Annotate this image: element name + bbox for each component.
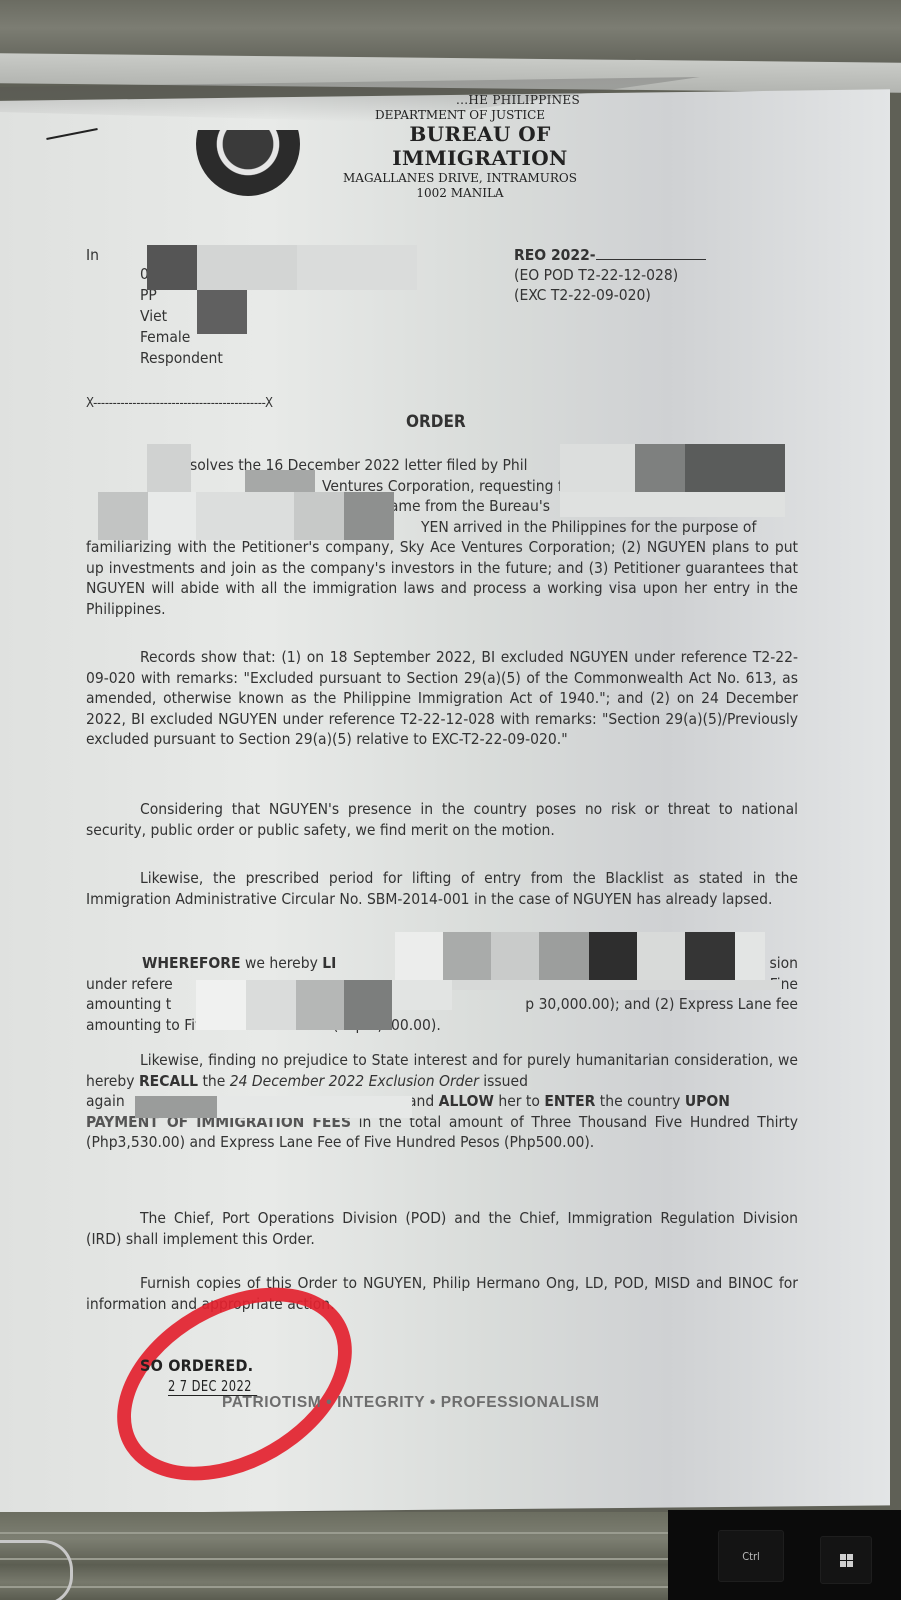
paragraph-implement: The Chief, Port Operations Division (POD… <box>86 1208 798 1249</box>
redaction-block <box>135 1096 217 1118</box>
redaction-block <box>148 492 196 540</box>
redaction-block <box>685 932 735 980</box>
redaction-block <box>735 932 765 980</box>
paragraph-text: Likewise, the prescribed period for lift… <box>86 869 798 908</box>
paragraph-text: amounting to Five Thousand Pesos (Php 5,… <box>86 1015 798 1036</box>
reo-number: REO 2022- <box>514 246 596 264</box>
redaction-block <box>344 980 392 1030</box>
redaction-block <box>392 980 452 1010</box>
paragraph-considering: Considering that NGUYEN's presence in th… <box>86 799 798 840</box>
redaction-block <box>539 932 589 980</box>
redaction-block <box>443 932 491 980</box>
redaction-block <box>197 290 247 334</box>
paragraph-text: p 30,000.00); and (2) Express Lane fee <box>525 994 798 1015</box>
letterhead-bureau: BUREAU OF IMMIGRATION <box>330 122 630 170</box>
motto-footer: PATRIOTISM • INTEGRITY • PROFESSIONALISM <box>222 1394 600 1412</box>
paragraph-text: again <box>86 1092 125 1110</box>
paragraph-blacklist: Likewise, the prescribed period for lift… <box>86 868 798 909</box>
paragraph-text: amounting t <box>86 995 171 1013</box>
caption-separator: X---------------------------------------… <box>86 396 273 411</box>
so-ordered-stamp: SO ORDERED. 2 7 DEC 2022 <box>140 1356 273 1396</box>
lift-label: LI <box>322 954 336 972</box>
letterhead-country: ...HE PHILIPPINES <box>330 93 630 107</box>
wherefore-label: WHEREFORE <box>142 954 241 972</box>
letterhead: ...HE PHILIPPINES DEPARTMENT OF JUSTICE … <box>330 93 630 201</box>
redaction-block <box>491 932 539 980</box>
paragraph-text: and <box>408 1092 439 1110</box>
paragraph-records: Records show that: (1) on 18 September 2… <box>86 647 798 750</box>
upon-label: UPON <box>685 1092 730 1110</box>
redaction-block <box>147 245 197 290</box>
paragraph-furnish: Furnish copies of this Order to NGUYEN, … <box>86 1273 798 1314</box>
redaction-block <box>197 245 297 290</box>
redaction-block <box>395 932 443 980</box>
letterhead-address: MAGALLANES DRIVE, INTRAMUROS <box>330 170 630 186</box>
paragraph-text: sion <box>769 953 798 974</box>
paragraph-text: the <box>198 1072 230 1090</box>
order-title: ORDER <box>406 412 466 432</box>
binder-clip-icon <box>0 1540 73 1600</box>
allow-label: ALLOW <box>439 1092 494 1110</box>
redaction-block <box>98 492 148 540</box>
paragraph-text: we hereby <box>241 954 323 972</box>
enter-label: ENTER <box>544 1092 595 1110</box>
letterhead-city: 1002 MANILA <box>330 186 630 201</box>
redaction-block <box>296 980 344 1030</box>
redaction-block <box>685 444 785 492</box>
ctrl-key: Ctrl <box>718 1530 784 1582</box>
exclusion-order-ref: 24 December 2022 Exclusion Order <box>230 1072 479 1090</box>
redaction-block <box>297 245 417 290</box>
paragraph-text: Considering that NGUYEN's presence in th… <box>86 800 798 839</box>
eo-reference: (EO POD T2-22-12-028) <box>514 265 706 285</box>
redaction-block <box>294 492 344 540</box>
respondent-line: Respondent <box>140 348 223 369</box>
reo-blank <box>596 245 706 260</box>
stamp-title: SO ORDERED. <box>140 1356 273 1375</box>
windows-key <box>820 1536 872 1584</box>
paragraph-text: under refere <box>86 975 173 993</box>
redaction-block <box>560 492 785 517</box>
redaction-block <box>452 980 782 990</box>
redaction-block <box>637 932 685 980</box>
paragraph-text: issued <box>479 1072 528 1090</box>
paragraph-text: the country <box>595 1092 685 1110</box>
caption-in-label: In <box>86 245 99 266</box>
redaction-block <box>245 470 315 492</box>
keyboard: Ctrl <box>668 1510 901 1600</box>
redaction-block <box>147 444 191 492</box>
redaction-block <box>196 980 246 1030</box>
letterhead-department: DEPARTMENT OF JUSTICE <box>330 108 630 122</box>
paragraph-text: Records show that: (1) on 18 September 2… <box>86 648 798 748</box>
redaction-block <box>344 492 394 540</box>
windows-logo-icon <box>840 1554 853 1567</box>
redaction-block <box>246 980 296 1030</box>
redaction-block <box>560 444 635 492</box>
redaction-block <box>589 932 637 980</box>
redaction-block <box>196 492 294 540</box>
ctrl-key-label: Ctrl <box>742 1550 760 1563</box>
paragraph-text: Furnish copies of this Order to NGUYEN, … <box>86 1274 798 1313</box>
paragraph-text: The Chief, Port Operations Division (POD… <box>86 1209 798 1248</box>
bureau-seal-icon <box>196 130 302 198</box>
redaction-block <box>635 444 685 492</box>
case-reference-block: REO 2022- (EO POD T2-22-12-028) (EXC T2-… <box>514 245 706 305</box>
exc-reference: (EXC T2-22-09-020) <box>514 285 706 305</box>
recall-label: RECALL <box>139 1072 198 1090</box>
paragraph-text: familiarizing with the Petitioner's comp… <box>86 537 798 619</box>
redaction-block <box>217 1096 412 1118</box>
paragraph-text: her to <box>494 1092 544 1110</box>
